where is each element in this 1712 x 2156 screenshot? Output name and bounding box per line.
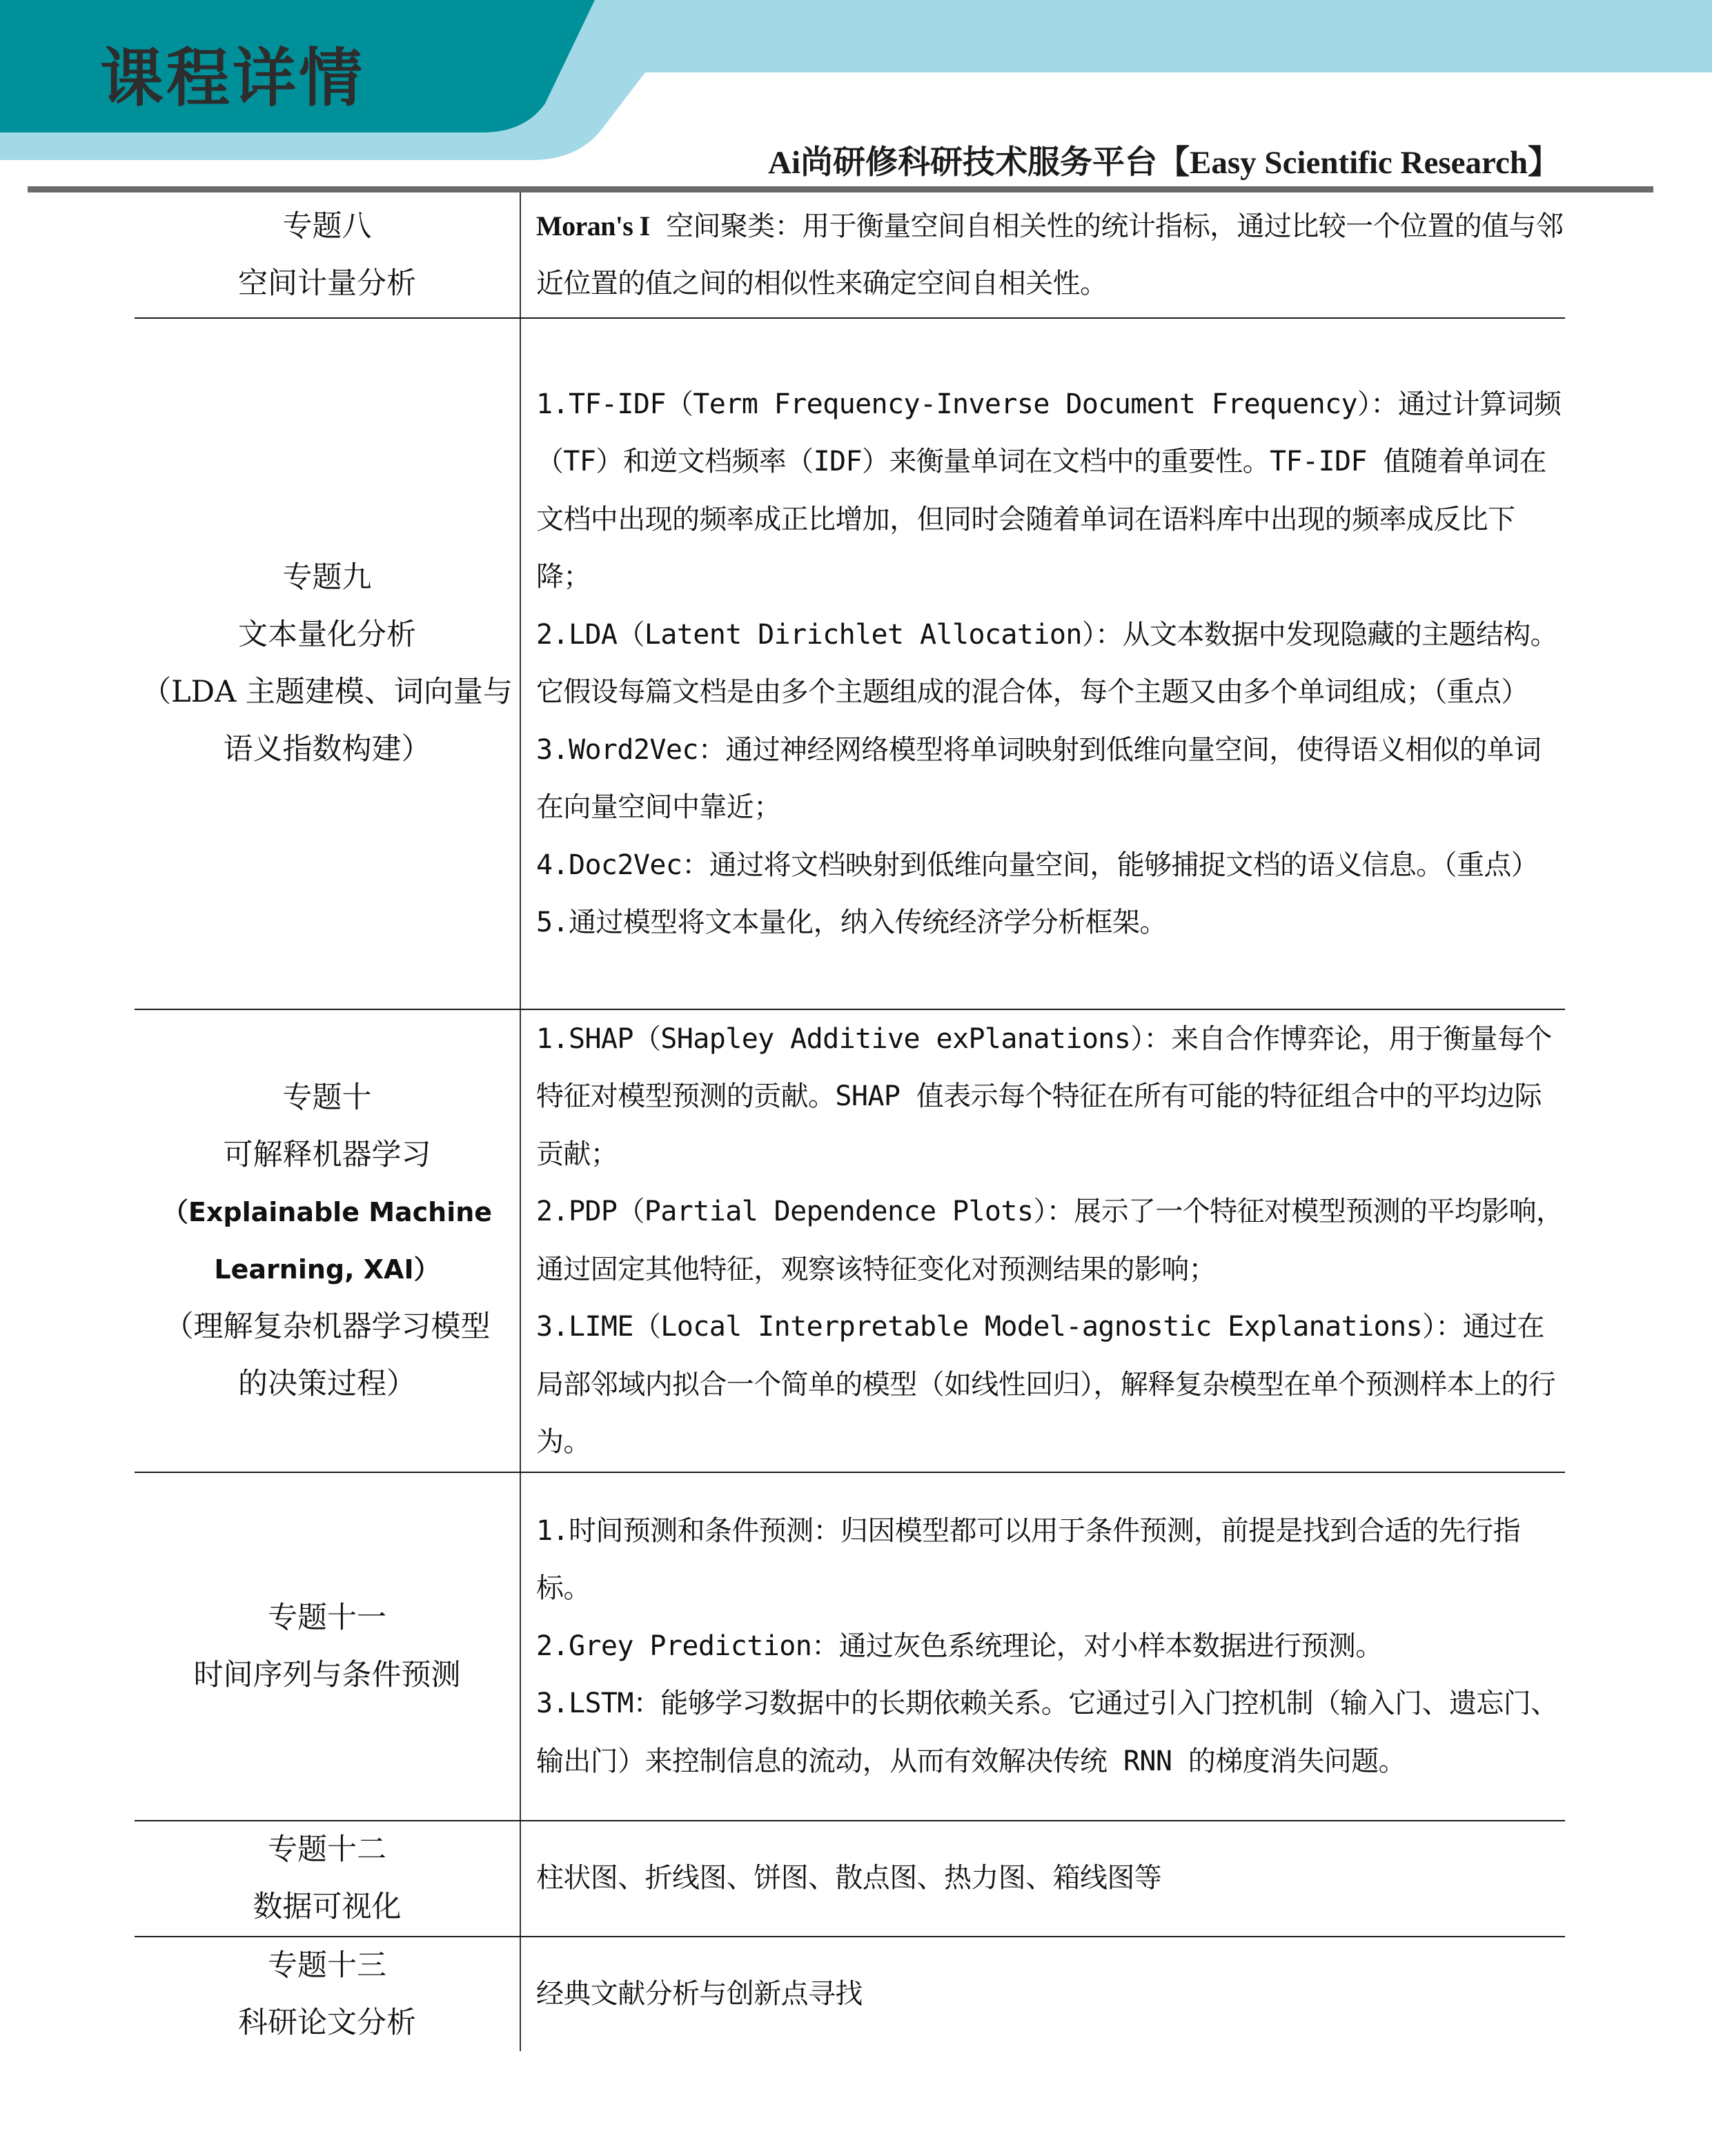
content-item: Moran's I 空间聚类：用于衡量空间自相关性的统计指标，通过比较一个位置的… [536, 197, 1565, 313]
topic-title-cell: 专题十 可解释机器学习 （Explainable Machine Learnin… [135, 1010, 521, 1472]
table-row: 专题十二 数据可视化 柱状图、折线图、饼图、散点图、热力图、箱线图等 [135, 1821, 1565, 1937]
content-item: 2.LDA（Latent Dirichlet Allocation）：从文本数据… [536, 606, 1565, 722]
topic-title-cell: 专题十三 科研论文分析 [135, 1937, 521, 2051]
topic-name: 文本量化分析 [238, 606, 416, 664]
content-item: 5.通过模型将文本量化，纳入传统经济学分析框架。 [536, 894, 1565, 952]
topic-number: 专题十一 [268, 1590, 386, 1647]
header-divider [28, 186, 1653, 192]
content-item: 1.时间预测和条件预测：归因模型都可以用于条件预测，前提是找到合适的先行指标。 [536, 1503, 1565, 1618]
content-item: 3.LIME（Local Interpretable Model-agnosti… [536, 1298, 1565, 1472]
topic-number: 专题九 [283, 549, 372, 606]
topic-content-cell: 柱状图、折线图、饼图、散点图、热力图、箱线图等 [521, 1821, 1565, 1936]
content-item: 经典文献分析与创新点寻找 [536, 1966, 1565, 2024]
topic-title-cell: 专题九 文本量化分析 （LDA 主题建模、词向量与 语义指数构建） [135, 319, 521, 1009]
content-item: 3.LSTM：能够学习数据中的长期依赖关系。它通过引入门控机制（输入门、遗忘门、… [536, 1675, 1565, 1790]
topic-subtitle: （LDA 主题建模、词向量与 [141, 664, 513, 721]
topic-content-cell: 1.TF-IDF（Term Frequency-Inverse Document… [521, 319, 1565, 1009]
content-item: 4.Doc2Vec：通过将文档映射到低维向量空间，能够捕捉文档的语义信息。（重点… [536, 837, 1565, 895]
content-item: 2.Grey Prediction：通过灰色系统理论，对小样本数据进行预测。 [536, 1618, 1565, 1676]
platform-subtitle: Ai尚研修科研技术服务平台【Easy Scientific Research】 [768, 137, 1560, 183]
table-row: 专题十 可解释机器学习 （Explainable Machine Learnin… [135, 1010, 1565, 1473]
content-item: 3.Word2Vec：通过神经网络模型将单词映射到低维向量空间，使得语义相似的单… [536, 722, 1565, 837]
topic-title-cell: 专题十一 时间序列与条件预测 [135, 1473, 521, 1820]
topic-subtitle: 语义指数构建） [224, 721, 431, 778]
topic-subtitle: （理解复杂机器学习模型 [164, 1298, 491, 1356]
topic-number: 专题十 [283, 1069, 372, 1127]
topic-number: 专题八 [283, 198, 372, 255]
table-row: 专题九 文本量化分析 （LDA 主题建模、词向量与 语义指数构建） 1.TF-I… [135, 319, 1565, 1010]
topic-title-cell: 专题十二 数据可视化 [135, 1821, 521, 1936]
content-item: 1.SHAP（SHapley Additive exPlanations）：来自… [536, 1011, 1565, 1184]
topic-english-name: Learning, XAI） [214, 1241, 440, 1298]
topic-name: 时间序列与条件预测 [194, 1647, 461, 1704]
course-topics-table: 专题八 空间计量分析 Moran's I 空间聚类：用于衡量空间自相关性的统计指… [135, 192, 1565, 2051]
content-item: 1.TF-IDF（Term Frequency-Inverse Document… [536, 376, 1565, 606]
topic-english-name: （Explainable Machine [162, 1184, 492, 1241]
topic-content-cell: 经典文献分析与创新点寻找 [521, 1937, 1565, 2051]
topic-number: 专题十三 [268, 1937, 386, 1995]
topic-title-cell: 专题八 空间计量分析 [135, 192, 521, 317]
page-title: 课程详情 [100, 28, 365, 119]
topic-name: 科研论文分析 [238, 1995, 416, 2052]
topic-name: 数据可视化 [253, 1879, 402, 1936]
topic-subtitle: 的决策过程） [238, 1356, 416, 1413]
content-item: 柱状图、折线图、饼图、散点图、热力图、箱线图等 [536, 1850, 1565, 1908]
topic-name: 可解释机器学习 [224, 1127, 431, 1184]
topic-name: 空间计量分析 [238, 255, 416, 313]
topic-content-cell: 1.时间预测和条件预测：归因模型都可以用于条件预测，前提是找到合适的先行指标。 … [521, 1473, 1565, 1820]
topic-content-cell: 1.SHAP（SHapley Additive exPlanations）：来自… [521, 1010, 1565, 1472]
table-row: 专题十三 科研论文分析 经典文献分析与创新点寻找 [135, 1937, 1565, 2051]
content-item: 2.PDP（Partial Dependence Plots）：展示了一个特征对… [536, 1183, 1565, 1298]
topic-content-cell: Moran's I 空间聚类：用于衡量空间自相关性的统计指标，通过比较一个位置的… [521, 192, 1565, 317]
term-lead: Moran's I [536, 210, 650, 241]
table-row: 专题八 空间计量分析 Moran's I 空间聚类：用于衡量空间自相关性的统计指… [135, 192, 1565, 319]
table-row: 专题十一 时间序列与条件预测 1.时间预测和条件预测：归因模型都可以用于条件预测… [135, 1473, 1565, 1821]
topic-number: 专题十二 [268, 1821, 386, 1879]
